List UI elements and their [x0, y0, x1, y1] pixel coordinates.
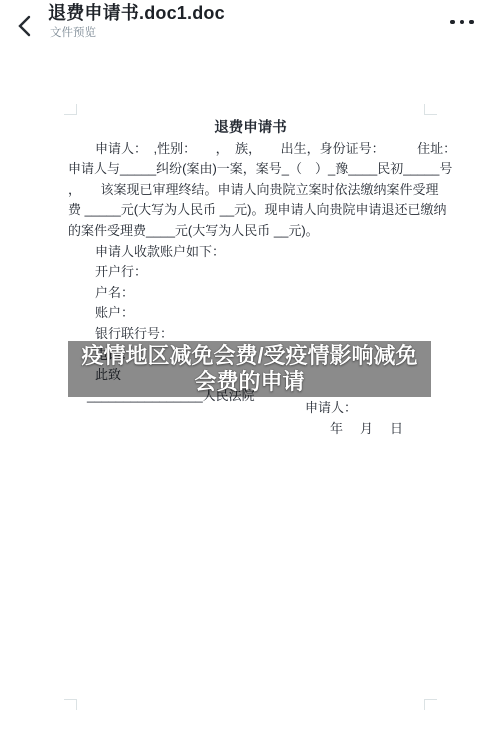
doc-line-applicant-info: 申请人： ,性别： ， 族， 出生，身份证号： 住址： — [68, 139, 433, 160]
ellipsis-icon — [450, 20, 474, 25]
watermark-line-2: 会费的申请 — [194, 369, 304, 395]
margin-mark-top-right — [424, 104, 437, 115]
doc-line-case-number: 申请人与_____纠纷(案由)一案，案号_（ ）_豫____民初_____号 — [68, 159, 433, 180]
doc-line-bank: 开户行： — [68, 262, 433, 283]
doc-line-case-closed: ， 该案现已审理终结。申请人向贵院立案时依法缴纳案件受理 — [68, 180, 433, 201]
margin-mark-bottom-left — [64, 699, 77, 710]
doc-line-fee-refund: 的案件受理费____元(大写为人民币 __元)。 — [68, 221, 433, 242]
margin-mark-bottom-right — [424, 699, 437, 710]
back-button[interactable] — [8, 10, 42, 44]
more-menu-button[interactable] — [444, 8, 480, 36]
chevron-left-icon — [15, 14, 35, 41]
doc-line-account-name: 户名： — [68, 283, 433, 304]
margin-mark-top-left — [64, 104, 77, 115]
doc-line-fee-paid: 费 _____元(大写为人民币 __元)。现申请人向贵院申请退还已缴纳 — [68, 200, 433, 221]
file-title: 退费申请书.doc1.doc — [48, 2, 225, 24]
doc-line-account-header: 申请人收款账户如下： — [68, 242, 433, 263]
header-titles: 退费申请书.doc1.doc 文件预览 — [48, 2, 225, 40]
doc-line-signature: 申请人： — [305, 398, 433, 419]
header: 退费申请书.doc1.doc 文件预览 — [0, 0, 500, 60]
file-preview-screen: 退费申请书.doc1.doc 文件预览 退费申请书 申请人： ,性别： ， 族，… — [0, 0, 500, 742]
document-title: 退费申请书 — [68, 118, 433, 139]
preview-mode-label: 文件预览 — [50, 26, 225, 40]
watermark-line-1: 疫情地区减免会费/受疫情影响减免 — [81, 343, 417, 369]
watermark-banner: 疫情地区减免会费/受疫情影响减免 会费的申请 — [68, 341, 431, 397]
doc-line-account-no: 账户： — [68, 303, 433, 324]
document-preview[interactable]: 退费申请书 申请人： ,性别： ， 族， 出生，身份证号： 住址： 申请人与__… — [0, 60, 500, 742]
doc-line-date: 年 月 日 — [330, 419, 433, 440]
